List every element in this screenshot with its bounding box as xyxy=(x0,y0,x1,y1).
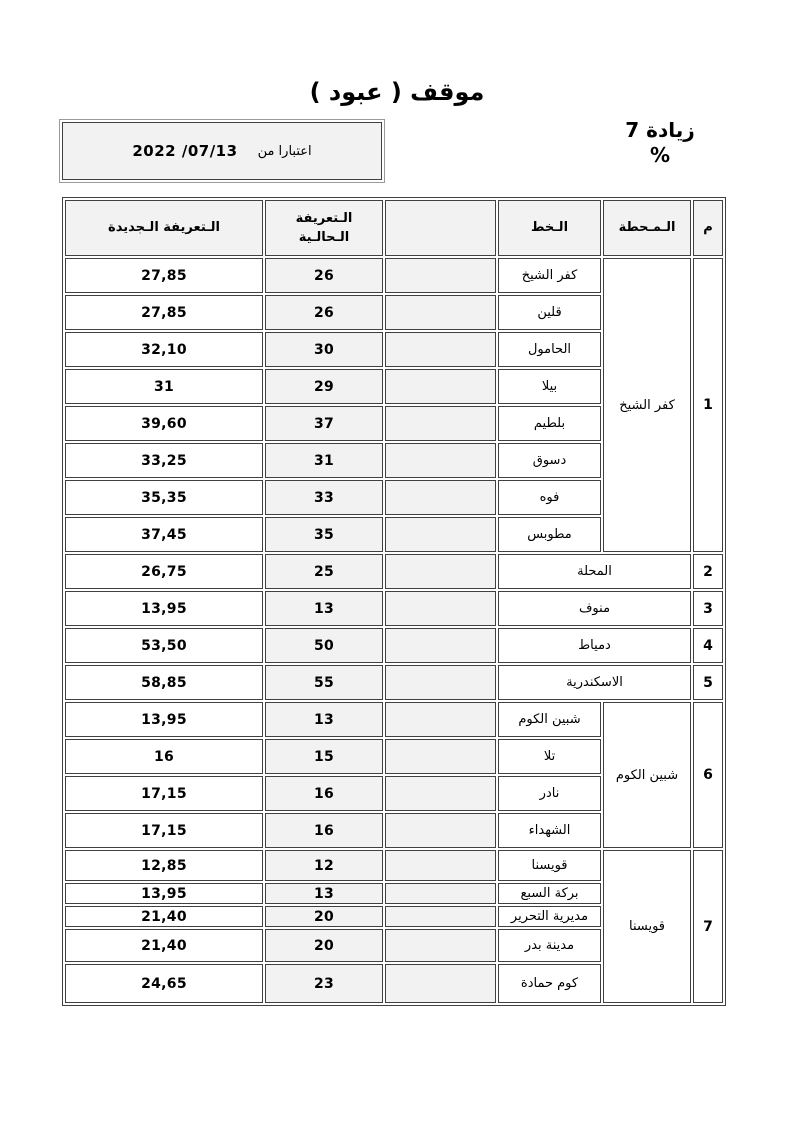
new-tariff-cell: 27,85 xyxy=(65,258,263,293)
current-tariff-cell: 20 xyxy=(265,929,383,962)
table-row: 4دمياط5053,50 xyxy=(65,628,723,663)
current-tariff-cell: 30 xyxy=(265,332,383,367)
row-number-cell: 4 xyxy=(693,628,723,663)
station-group-cell: الاسكندرية xyxy=(498,665,691,700)
line-cell: تلا xyxy=(498,739,601,774)
table-row: 7قويسناقويسنا1212,85 xyxy=(65,850,723,881)
current-tariff-cell: 15 xyxy=(265,739,383,774)
row-number-cell: 5 xyxy=(693,665,723,700)
blank-cell xyxy=(385,964,496,1003)
new-tariff-cell: 17,15 xyxy=(65,813,263,848)
line-cell: نادر xyxy=(498,776,601,811)
current-tariff-cell: 26 xyxy=(265,295,383,330)
blank-cell xyxy=(385,628,496,663)
current-tariff-cell: 37 xyxy=(265,406,383,441)
line-cell: الحامول xyxy=(498,332,601,367)
new-tariff-cell: 21,40 xyxy=(65,929,263,962)
line-cell: كوم حمادة xyxy=(498,964,601,1003)
blank-cell xyxy=(385,739,496,774)
line-cell: مديرية التحرير xyxy=(498,906,601,927)
increase-note-percent: % xyxy=(602,143,718,168)
row-number-cell: 7 xyxy=(693,850,723,1003)
page-title: موقف ( عبود ) xyxy=(0,78,794,106)
blank-cell xyxy=(385,813,496,848)
current-tariff-cell: 29 xyxy=(265,369,383,404)
effective-date-value: 2022 /07/13 xyxy=(132,142,237,160)
current-tariff-cell: 25 xyxy=(265,554,383,589)
new-tariff-cell: 31 xyxy=(65,369,263,404)
new-tariff-cell: 17,15 xyxy=(65,776,263,811)
blank-cell xyxy=(385,776,496,811)
current-tariff-cell: 13 xyxy=(265,591,383,626)
new-tariff-cell: 21,40 xyxy=(65,906,263,927)
table-row: 2المحلة2526,75 xyxy=(65,554,723,589)
blank-cell xyxy=(385,906,496,927)
line-cell: دسوق xyxy=(498,443,601,478)
new-tariff-cell: 58,85 xyxy=(65,665,263,700)
table-row: 5الاسكندرية5558,85 xyxy=(65,665,723,700)
blank-cell xyxy=(385,702,496,737)
table-row: 1كفر الشيخكفر الشيخ2627,85 xyxy=(65,258,723,293)
current-tariff-cell: 12 xyxy=(265,850,383,881)
line-cell: بركة السبع xyxy=(498,883,601,904)
increase-note-line1: زيادة 7 xyxy=(602,118,718,143)
table-row: 3منوف1313,95 xyxy=(65,591,723,626)
current-tariff-cell: 55 xyxy=(265,665,383,700)
current-tariff-cell: 35 xyxy=(265,517,383,552)
station-group-cell: دمياط xyxy=(498,628,691,663)
station-group-cell: قويسنا xyxy=(603,850,691,1003)
column-header-station: الـمـحطة xyxy=(603,200,691,256)
current-tariff-cell: 26 xyxy=(265,258,383,293)
current-tariff-cell: 50 xyxy=(265,628,383,663)
new-tariff-cell: 13,95 xyxy=(65,883,263,904)
row-number-cell: 3 xyxy=(693,591,723,626)
row-number-cell: 6 xyxy=(693,702,723,848)
row-number-cell: 2 xyxy=(693,554,723,589)
blank-cell xyxy=(385,929,496,962)
station-group-cell: المحلة xyxy=(498,554,691,589)
line-cell: كفر الشيخ xyxy=(498,258,601,293)
new-tariff-cell: 12,85 xyxy=(65,850,263,881)
new-tariff-cell: 16 xyxy=(65,739,263,774)
new-tariff-cell: 39,60 xyxy=(65,406,263,441)
current-tariff-cell: 16 xyxy=(265,776,383,811)
current-tariff-cell: 13 xyxy=(265,702,383,737)
effective-date-box: اعتبارا من 2022 /07/13 xyxy=(62,122,382,180)
blank-cell xyxy=(385,369,496,404)
blank-cell xyxy=(385,517,496,552)
current-tariff-cell: 20 xyxy=(265,906,383,927)
station-group-cell: شبين الكوم xyxy=(603,702,691,848)
current-tariff-cell: 13 xyxy=(265,883,383,904)
new-tariff-cell: 13,95 xyxy=(65,591,263,626)
line-cell: بيلا xyxy=(498,369,601,404)
new-tariff-cell: 37,45 xyxy=(65,517,263,552)
blank-cell xyxy=(385,258,496,293)
blank-cell xyxy=(385,480,496,515)
line-cell: فوه xyxy=(498,480,601,515)
blank-cell xyxy=(385,332,496,367)
line-cell: مطوبس xyxy=(498,517,601,552)
blank-cell xyxy=(385,883,496,904)
blank-cell xyxy=(385,406,496,441)
line-cell: بلطيم xyxy=(498,406,601,441)
blank-cell xyxy=(385,554,496,589)
tariff-table-body: 1كفر الشيخكفر الشيخ2627,85قلين2627,85الح… xyxy=(65,258,723,1003)
station-group-cell: منوف xyxy=(498,591,691,626)
new-tariff-cell: 13,95 xyxy=(65,702,263,737)
effective-date-label: اعتبارا من xyxy=(258,144,312,159)
line-cell: قويسنا xyxy=(498,850,601,881)
column-header-current-tariff: الـتعريفة الـحالـية xyxy=(265,200,383,256)
current-tariff-cell: 31 xyxy=(265,443,383,478)
station-group-cell: كفر الشيخ xyxy=(603,258,691,552)
new-tariff-cell: 24,65 xyxy=(65,964,263,1003)
table-row: 6شبين الكومشبين الكوم1313,95 xyxy=(65,702,723,737)
column-header-no: م xyxy=(693,200,723,256)
column-header-new-tariff: الـتعريفة الـجديدة xyxy=(65,200,263,256)
new-tariff-cell: 33,25 xyxy=(65,443,263,478)
blank-cell xyxy=(385,443,496,478)
current-tariff-cell: 23 xyxy=(265,964,383,1003)
current-tariff-cell: 33 xyxy=(265,480,383,515)
line-cell: قلين xyxy=(498,295,601,330)
new-tariff-cell: 27,85 xyxy=(65,295,263,330)
new-tariff-cell: 32,10 xyxy=(65,332,263,367)
new-tariff-cell: 35,35 xyxy=(65,480,263,515)
column-header-line: الـخط xyxy=(498,200,601,256)
line-cell: شبين الكوم xyxy=(498,702,601,737)
document-page: موقف ( عبود ) زيادة 7 % اعتبارا من 2022 … xyxy=(0,0,794,1123)
blank-cell xyxy=(385,850,496,881)
blank-cell xyxy=(385,591,496,626)
column-header-blank xyxy=(385,200,496,256)
blank-cell xyxy=(385,665,496,700)
increase-note: زيادة 7 % xyxy=(602,118,718,168)
new-tariff-cell: 53,50 xyxy=(65,628,263,663)
tariff-table: م الـمـحطة الـخط الـتعريفة الـحالـية الـ… xyxy=(62,197,726,1006)
line-cell: الشهداء xyxy=(498,813,601,848)
new-tariff-cell: 26,75 xyxy=(65,554,263,589)
blank-cell xyxy=(385,295,496,330)
current-tariff-cell: 16 xyxy=(265,813,383,848)
row-number-cell: 1 xyxy=(693,258,723,552)
header-row: م الـمـحطة الـخط الـتعريفة الـحالـية الـ… xyxy=(65,200,723,256)
line-cell: مدينة بدر xyxy=(498,929,601,962)
